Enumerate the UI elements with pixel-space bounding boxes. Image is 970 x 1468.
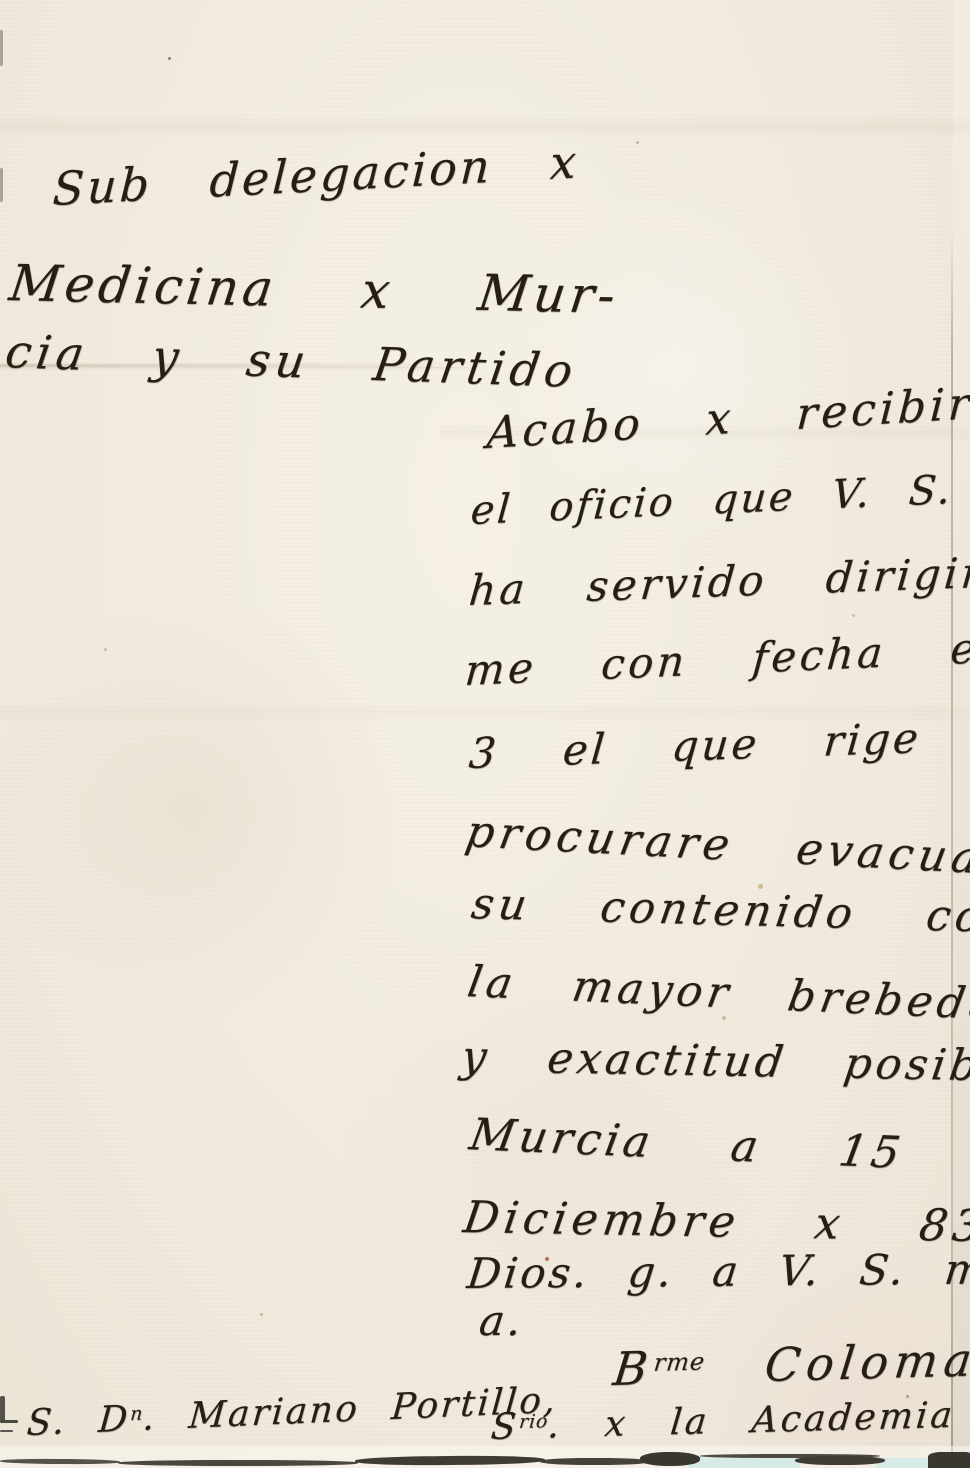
secretary-rest: . x la Academia M y C. <box>546 1389 970 1447</box>
manuscript-page: Sub delegacion x Medicina x Mur- cia y s… <box>0 0 970 1468</box>
body-line-valediction: Dios. g. a V. S. m. <box>465 1248 970 1295</box>
paper-tonal-band <box>0 116 970 138</box>
letterhead-line: Sub delegacion x <box>52 138 581 212</box>
left-edge-mark <box>0 30 3 66</box>
body-line: procurare evacuar <box>462 810 970 882</box>
body-line-valediction: a. <box>477 1300 527 1342</box>
scan-bottom-edge <box>118 1460 358 1466</box>
body-line: me con fecha el <box>463 627 970 692</box>
foxing-speck <box>636 141 639 144</box>
body-line-dateline: Diciembre x 838 <box>461 1196 970 1250</box>
left-edge-mark <box>0 168 3 202</box>
signature-prefix: B <box>610 1341 656 1396</box>
addressee-prefix: S. D <box>25 1398 131 1444</box>
signature-rest: Coloma <box>702 1332 970 1393</box>
scan-bottom-edge <box>795 1456 885 1465</box>
foxing-speck <box>852 614 855 617</box>
foxing-speck <box>104 648 107 651</box>
secretary-prefix: S <box>489 1406 521 1448</box>
body-line: el oficio que V. S. se <box>469 466 970 531</box>
secretary-superscript: rio <box>518 1411 549 1433</box>
body-line-dateline: Murcia a 15 x <box>467 1113 970 1180</box>
letterhead-line: cia y su Partido <box>3 328 581 394</box>
body-line: la mayor brebedad <box>465 961 970 1028</box>
scan-bottom-edge <box>640 1452 700 1466</box>
secretary-line: Srio. x la Academia M y C. <box>489 1392 970 1446</box>
foxing-speck <box>168 57 171 60</box>
left-edge-mark <box>0 1396 5 1422</box>
signature-superscript: rme <box>652 1347 706 1376</box>
body-line: 3 el que rige y <box>467 714 970 775</box>
body-line: y exactitud posible <box>459 1036 970 1089</box>
body-line: su contenido con <box>469 883 970 940</box>
left-edge-mark <box>0 1430 13 1432</box>
foxing-speck <box>260 1313 263 1316</box>
scan-bottom-edge <box>540 1458 650 1465</box>
signature: Brme Coloma <box>611 1336 970 1392</box>
letterhead-line: Medicina x Mur- <box>7 258 622 321</box>
left-edge-mark <box>0 1420 18 1423</box>
scan-bottom-edge <box>928 1452 970 1468</box>
body-line: ha servido dirigir- <box>467 551 970 612</box>
addressee-line: S. Dn. Mariano Portillo, <box>25 1383 559 1442</box>
